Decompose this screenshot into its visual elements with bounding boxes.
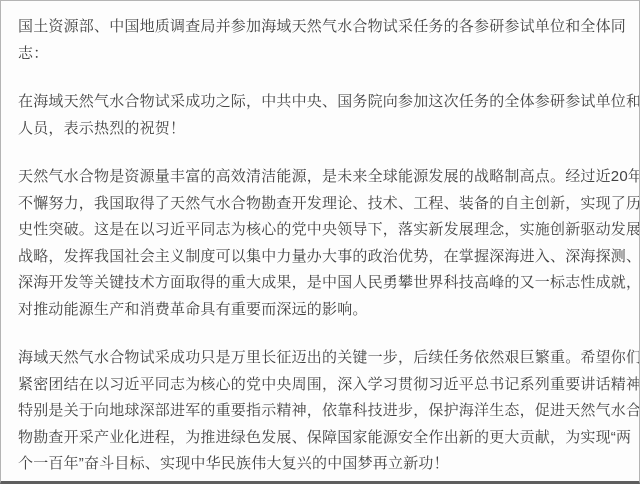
article-body: 国土资源部、中国地质调查局并参加海域天然气水合物试采任务的各参研参试单位和全体同… [18,14,623,478]
paragraph-salutation: 国土资源部、中国地质调查局并参加海域天然气水合物试采任务的各参研参试单位和全体同… [18,14,623,67]
text-line: 特别是关于向地球深部进军的重要指示精神，依靠科技进步，保护海洋生态，促进天然气水… [18,398,623,425]
text-line: 战略，发挥我国社会主义制度可以集中力量办大事的政治优势，在掌握深海进入、深海探测… [18,244,623,271]
text-line: 不懈努力，我国取得了天然气水合物勘查开发理论、技术、工程、装备的自主创新，实现了… [18,191,623,218]
text-line: 深海开发等关键技术方面取得的重大成果，是中国人民勇攀世界科技高峰的又一标志性成就… [18,270,623,297]
paragraph-expectations: 海域天然气水合物试采成功只是万里长征迈出的关键一步，后续任务依然艰巨繁重。希望你… [18,345,623,478]
text-line: 物勘查开采产业化进程，为推进绿色发展、保障国家能源安全作出新的更大贡献，为实现“… [18,425,623,452]
text-line: 个一百年”奋斗目标、实现中华民族伟大复兴的中国梦再立新功！ [18,451,623,478]
text-line: 人员，表示热烈的祝贺！ [18,116,623,143]
paragraph-congratulations: 在海域天然气水合物试采成功之际，中共中央、国务院向参加这次任务的全体参研参试单位… [18,89,623,142]
article-panel: 国土资源部、中国地质调查局并参加海域天然气水合物试采任务的各参研参试单位和全体同… [0,0,640,484]
text-line: 在海域天然气水合物试采成功之际，中共中央、国务院向参加这次任务的全体参研参试单位… [18,89,623,116]
paragraph-significance: 天然气水合物是资源量丰富的高效清洁能源，是未来全球能源发展的战略制高点。经过近2… [18,164,623,323]
text-line: 天然气水合物是资源量丰富的高效清洁能源，是未来全球能源发展的战略制高点。经过近2… [18,164,623,191]
text-line: 对推动能源生产和消费革命具有重要而深远的影响。 [18,297,623,324]
text-line: 海域天然气水合物试采成功只是万里长征迈出的关键一步，后续任务依然艰巨繁重。希望你… [18,345,623,372]
text-line: 国土资源部、中国地质调查局并参加海域天然气水合物试采任务的各参研参试单位和全体同 [18,18,626,35]
text-line: 史性突破。这是在以习近平同志为核心的党中央领导下，落实新发展理念，实施创新驱动发… [18,217,623,244]
text-line: 志： [18,41,623,68]
text-line: 紧密团结在以习近平同志为核心的党中央周围，深入学习贯彻习近平总书记系列重要讲话精… [18,372,623,399]
